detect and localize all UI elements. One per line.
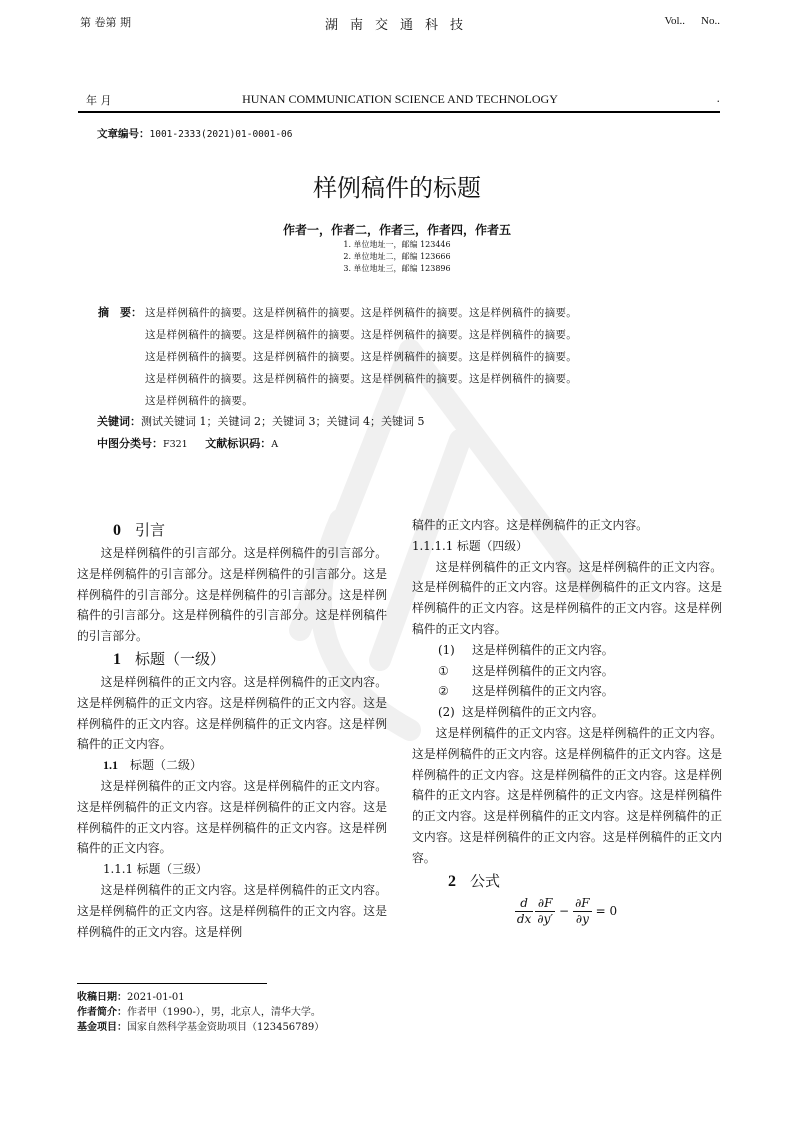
paragraph-continued: 稿件的正文内容。这是样例稿件的正文内容。 <box>412 515 722 536</box>
footnote-rule <box>77 983 267 984</box>
left-column: 0引言 这是样例稿件的引言部分。这是样例稿件的引言部分。这是样例稿件的引言部分。… <box>77 518 387 942</box>
paragraph: 这是样例稿件的正文内容。这是样例稿件的正文内容。这是样例稿件的正文内容。这是样例… <box>412 557 722 640</box>
abstract: 摘 要： 这是样例稿件的摘要。这是样例稿件的摘要。这是样例稿件的摘要。这是样例稿… <box>98 302 708 412</box>
journal-name-en: HUNAN COMMUNICATION SCIENCE AND TECHNOLO… <box>242 92 558 106</box>
abstract-line: 这是样例稿件的摘要。这是样例稿件的摘要。这是样例稿件的摘要。这是样例稿件的摘要。 <box>155 346 708 368</box>
footnote-fund: 基金项目：国家自然科学基金资助项目（123456789） <box>77 1020 324 1035</box>
footnote-author-bio: 作者简介：作者甲（1990-），男，北京人，清华大学。 <box>77 1005 324 1020</box>
equation: ddx∂F∂y′−∂F∂y= 0 <box>412 896 722 927</box>
level4-heading: 1.1.1.1 标题（四级） <box>412 536 722 557</box>
footnotes: 收稿日期：2021-01-01 作者简介：作者甲（1990-），男，北京人，清华… <box>77 990 324 1035</box>
affiliations: 1. 单位地址一，邮编 123446 2. 单位地址二，邮编 123666 3.… <box>0 239 794 275</box>
right-column: 稿件的正文内容。这是样例稿件的正文内容。 1.1.1.1 标题（四级） 这是样例… <box>412 515 722 927</box>
abstract-body: 这是样例稿件的摘要。这是样例稿件的摘要。这是样例稿件的摘要。这是样例稿件的摘要。… <box>98 302 708 412</box>
footnote-received: 收稿日期：2021-01-01 <box>77 990 324 1005</box>
header-rule <box>78 111 720 113</box>
keywords-value: 测试关键词 1；关键词 2；关键词 3；关键词 4；关键词 5 <box>141 415 424 428</box>
fraction: ddx <box>515 896 533 927</box>
header-trailing: . <box>717 92 721 105</box>
volume-number: Vol..No.. <box>648 14 720 27</box>
article-number-label: 文章编号： <box>97 128 150 140</box>
article-number: 文章编号：1001-2333(2021)01-0001-06 <box>97 126 293 141</box>
abstract-line: 这是样例稿件的摘要。 <box>155 390 708 412</box>
paragraph: 这是样例稿件的正文内容。这是样例稿件的正文内容。这是样例稿件的正文内容。这是样例… <box>77 672 387 755</box>
doc-code-label: 文献标识码： <box>205 437 271 450</box>
journal-name-cn: 湖南交通科技 <box>325 18 475 33</box>
fraction: ∂F∂y′ <box>535 896 555 927</box>
volume-label: Vol.. <box>664 15 685 27</box>
section-heading: 1标题（一级） <box>77 647 387 672</box>
abstract-line: 这是样例稿件的摘要。这是样例稿件的摘要。这是样例稿件的摘要。这是样例稿件的摘要。 <box>155 302 708 324</box>
clc-label: 中图分类号： <box>97 437 163 450</box>
list-item: (2)这是样例稿件的正文内容。 <box>412 702 722 723</box>
article-number-value: 1001-2333(2021)01-0001-06 <box>150 129 293 140</box>
subsection-heading: 1.1标题（二级） <box>77 755 387 776</box>
section-heading: 0引言 <box>77 518 387 543</box>
clc-value: F321 <box>163 439 188 450</box>
keywords-label: 关键词： <box>97 415 141 428</box>
paragraph: 这是样例稿件的引言部分。这是样例稿件的引言部分。这是样例稿件的引言部分。这是样例… <box>77 543 387 647</box>
affiliation: 3. 单位地址三，邮编 123896 <box>0 263 794 275</box>
abstract-line: 这是样例稿件的摘要。这是样例稿件的摘要。这是样例稿件的摘要。这是样例稿件的摘要。 <box>155 368 708 390</box>
classification: 中图分类号：F321 文献标识码：A <box>97 435 278 451</box>
number-label: No.. <box>701 15 720 27</box>
header-top-row: 第 卷第 期 湖南交通科技 Vol..No.. <box>80 14 720 32</box>
fraction: ∂F∂y <box>573 896 592 927</box>
paragraph: 这是样例稿件的正文内容。这是样例稿件的正文内容。这是样例稿件的正文内容。这是样例… <box>77 880 387 942</box>
affiliation: 2. 单位地址二，邮编 123666 <box>0 251 794 263</box>
list-item: (1)这是样例稿件的正文内容。 <box>412 640 722 661</box>
abstract-label: 摘 要： <box>98 302 142 324</box>
doc-code-value: A <box>271 439 278 450</box>
affiliation: 1. 单位地址一，邮编 123446 <box>0 239 794 251</box>
keywords: 关键词：测试关键词 1；关键词 2；关键词 3；关键词 4；关键词 5 <box>97 413 424 429</box>
section-heading: 2公式 <box>412 869 722 894</box>
list-item: ②这是样例稿件的正文内容。 <box>412 681 722 702</box>
paragraph: 这是样例稿件的正文内容。这是样例稿件的正文内容。这是样例稿件的正文内容。这是样例… <box>77 776 387 859</box>
paper-title: 样例稿件的标题 <box>0 168 794 203</box>
subsubsection-heading: 1.1.1 标题（三级） <box>77 859 387 880</box>
list-item: ①这是样例稿件的正文内容。 <box>412 661 722 682</box>
authors: 作者一，作者二，作者三，作者四，作者五 <box>0 221 794 238</box>
abstract-line: 这是样例稿件的摘要。这是样例稿件的摘要。这是样例稿件的摘要。这是样例稿件的摘要。 <box>155 324 708 346</box>
header-bottom-row: 年 月 HUNAN COMMUNICATION SCIENCE AND TECH… <box>80 92 720 108</box>
paragraph: 这是样例稿件的正文内容。这是样例稿件的正文内容。这是样例稿件的正文内容。这是样例… <box>412 723 722 869</box>
